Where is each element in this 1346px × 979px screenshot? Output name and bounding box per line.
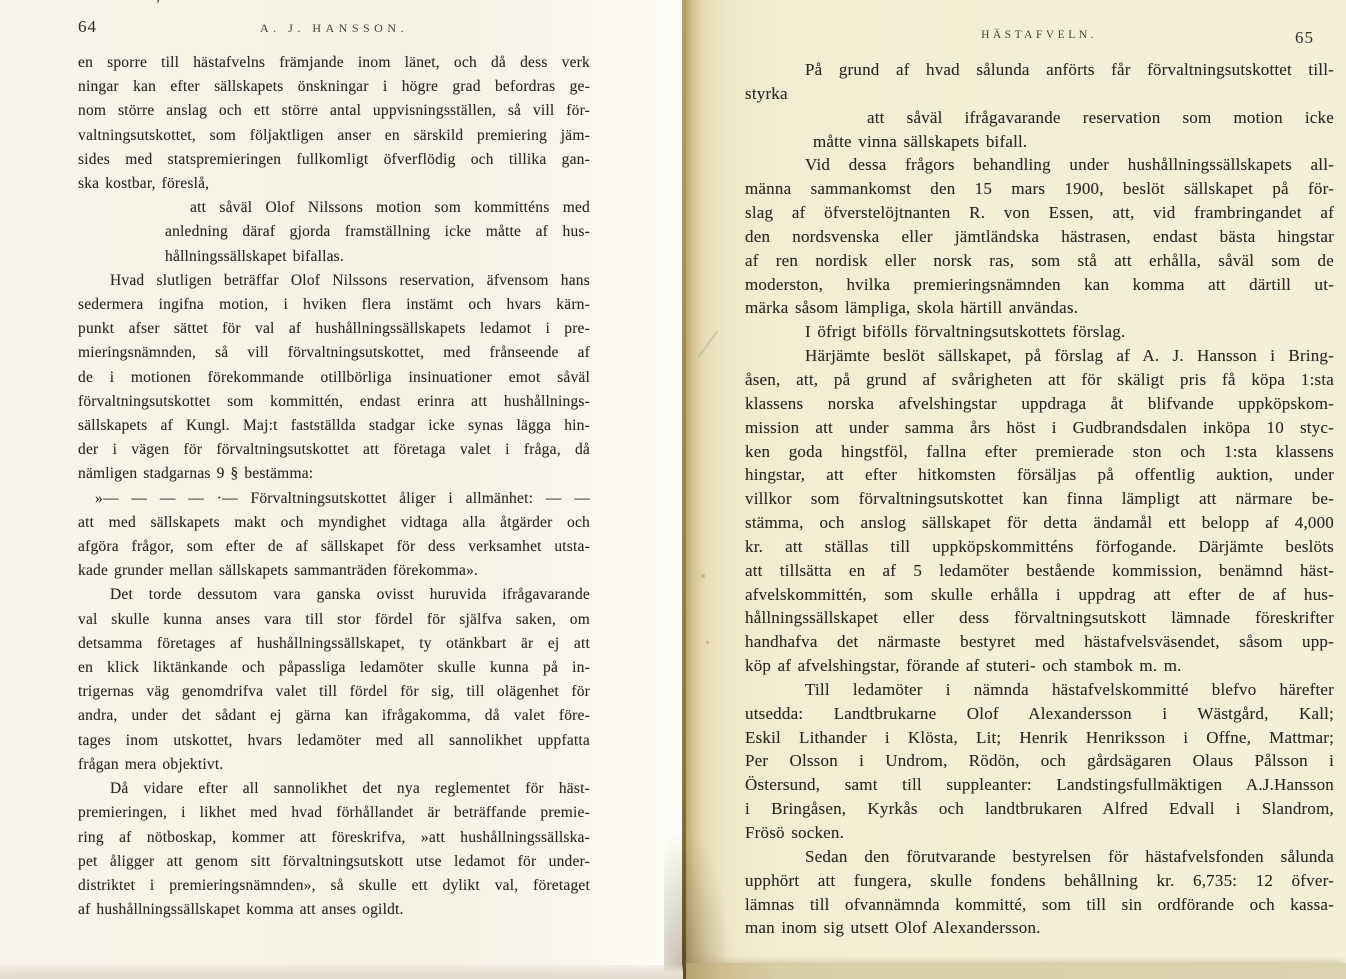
- text-line: hållningssällskapet bifallas.: [78, 245, 590, 269]
- text-line: distriktet i premieringsnämnden», så sku…: [78, 874, 590, 898]
- text-line: lämnas till ofvannämnda kommitté, som ti…: [745, 893, 1334, 917]
- text-line: i Bringåsen, Kyrkås och landtbrukaren Al…: [745, 797, 1334, 821]
- text-line: Vid dessa frågors behandling under hushå…: [745, 153, 1334, 177]
- running-header-right: HÄSTAFVELN.: [745, 29, 1333, 41]
- left-page: 64 A. J. HANSSON. en sporre till hästafv…: [0, 0, 683, 979]
- text-line: hingstar, att efter hitkomsten försäljas…: [745, 463, 1334, 487]
- text-line: stämma, och anslog sällskapet för detta …: [745, 511, 1334, 535]
- text-line: Östersund, samt till suppleanter: Landst…: [745, 773, 1334, 797]
- text-line: afgöra frågor, som efter de af sällskape…: [78, 535, 590, 559]
- page-number-right: 65: [1295, 28, 1314, 48]
- text-line: att såväl Olof Nilssons motion som kommi…: [78, 196, 590, 220]
- text-line: frågan mera objektivt.: [78, 753, 590, 777]
- text-line: slag af öfverstelöjtnanten R. von Essen,…: [745, 201, 1334, 225]
- right-page-text-block: På grund af hvad sålunda anförts får för…: [745, 58, 1334, 940]
- text-line: upphört att fungera, skulle fondens behå…: [745, 869, 1334, 893]
- text-line: Per Olsson i Undrom, Rödön, och gårdsäga…: [745, 749, 1334, 773]
- text-line: valtningsutskottet, som följaktligen ans…: [78, 124, 590, 148]
- text-line: afvelskommittén, som skulle erhålla i up…: [745, 583, 1334, 607]
- text-line: mission att under samma års höst i Gudbr…: [745, 416, 1334, 440]
- text-line: den nordsvenska eller jämtländska hästra…: [745, 225, 1334, 249]
- text-line: af ren nordisk eller norsk ras, som stå …: [745, 249, 1334, 273]
- text-line: man inom sig utsett Olof Alexandersson.: [745, 916, 1334, 940]
- text-line: nämligen stadgarnas 9 § bestämma:: [78, 462, 590, 486]
- text-line: mieringsnämnden, så vill förvaltningsuts…: [78, 341, 590, 365]
- text-line: Härjämte beslöt sällskapet, på förslag a…: [745, 344, 1334, 368]
- text-line: Då vidare efter all sannolikhet det nya …: [78, 777, 590, 801]
- bottom-page-edge-left: [0, 965, 683, 979]
- text-line: klassens norska afvelshingstar uppdraga …: [745, 392, 1334, 416]
- text-line: kade grunder mellan sällskapets sammantr…: [78, 559, 590, 583]
- text-line: männa sammankomst den 15 mars 1900, besl…: [745, 177, 1334, 201]
- text-line: en klick liktänkande och påpassliga leda…: [78, 656, 590, 680]
- text-line: pet åligger att genom sitt förvaltningsu…: [78, 850, 590, 874]
- text-line: utsedda: Landtbrukarne Olof Alexandersso…: [745, 702, 1334, 726]
- text-line: Eskil Lithander i Klösta, Lit; Henrik He…: [745, 726, 1334, 750]
- text-line: anledning däraf gjorda framställning ick…: [78, 220, 590, 244]
- text-line: Till ledamöter i nämnda hästafvelskommit…: [745, 678, 1334, 702]
- text-line: märka såsom lämpliga, skola härtill anvä…: [745, 296, 1334, 320]
- text-line: ken goda hingstföl, fallna efter premier…: [745, 440, 1334, 464]
- text-line: tages inom utskottet, hvars ledamöter me…: [78, 729, 590, 753]
- text-line: handhafva det närmaste bestyret med häst…: [745, 630, 1334, 654]
- text-line: ningar kan efter sällskapets önskningar …: [78, 75, 590, 99]
- text-line: villkor som förvaltningsutskottet kan fi…: [745, 487, 1334, 511]
- text-line: kr. att ställas till uppköpskommitténs f…: [745, 535, 1334, 559]
- left-page-text-block: en sporre till hästafvelns främjande ino…: [78, 51, 590, 922]
- text-line: nom större anslag och ett större antal u…: [78, 99, 590, 123]
- text-line: sedermera ingifna motion, i hviken flera…: [78, 293, 590, 317]
- text-line: en sporre till hästafvelns främjande ino…: [78, 51, 590, 75]
- text-line: förvaltningsutskottet som kommittén, end…: [78, 390, 590, 414]
- text-line: Sedan den förutvarande bestyrelsen för h…: [745, 845, 1334, 869]
- text-line: de i motionen förekommande otillbörliga …: [78, 366, 590, 390]
- right-page: HÄSTAFVELN. 65 På grund af hvad sålunda …: [686, 0, 1346, 979]
- text-line: »— — — — ·— Förvaltningsutskottet åliger…: [78, 487, 590, 511]
- text-line: Det torde dessutom vara ganska ovisst hu…: [78, 583, 590, 607]
- text-line: åsen, att, på grund af svårigheten att f…: [745, 368, 1334, 392]
- book-spread: 64 A. J. HANSSON. en sporre till hästafv…: [0, 0, 1346, 979]
- text-line: Frösö socken.: [745, 821, 1334, 845]
- bottom-page-edge-right: [686, 963, 1346, 979]
- text-line: Hvad slutligen beträffar Olof Nilssons r…: [78, 269, 590, 293]
- text-line: ring af nötboskap, kommer att föreskrifv…: [78, 826, 590, 850]
- text-line: val skulle kunna anses vara till stor fö…: [78, 608, 590, 632]
- text-line: af hushållningssällskapet komma att anse…: [78, 898, 590, 922]
- text-line: att med sällskapets makt och myndighet v…: [78, 511, 590, 535]
- text-line: moderston, hvilka premieringsnämnden kan…: [745, 273, 1334, 297]
- text-line: måtte vinna sällskapets bifall.: [745, 130, 1334, 154]
- text-line: premieringen, i likhet med hvad förhålla…: [78, 801, 590, 825]
- text-line: sällskapets af Kungl. Maj:t fastställda …: [78, 414, 590, 438]
- text-line: andra, under det sådant ej gärna kan ifr…: [78, 704, 590, 728]
- text-line: punkt afser sättet för val af hushållnin…: [78, 317, 590, 341]
- text-line: I öfrigt bifölls förvaltningsutskottets …: [745, 320, 1334, 344]
- text-line: På grund af hvad sålunda anförts får för…: [745, 58, 1334, 82]
- text-line: trigernas väg genomdrifva valet till för…: [78, 680, 590, 704]
- text-line: der i vägen för förvaltningsutskottet at…: [78, 438, 590, 462]
- running-header-left: A. J. HANSSON.: [78, 21, 590, 36]
- text-line: styrka: [745, 82, 1334, 106]
- text-line: att tillsätta en af 5 ledamöter beståend…: [745, 559, 1334, 583]
- text-line: sides med statspremieringen fullkomligt …: [78, 148, 590, 172]
- text-line: detsamma företages af hushållningssällsk…: [78, 632, 590, 656]
- gutter-fold: [682, 0, 686, 979]
- text-line: ska kostbar, föreslå,: [78, 172, 590, 196]
- text-line: hållningssällskapet eller dess förvaltni…: [745, 606, 1334, 630]
- text-line: att såväl ifrågavarande reservation som …: [745, 106, 1334, 130]
- text-line: köp af afvelshingstar, förande af stuter…: [745, 654, 1334, 678]
